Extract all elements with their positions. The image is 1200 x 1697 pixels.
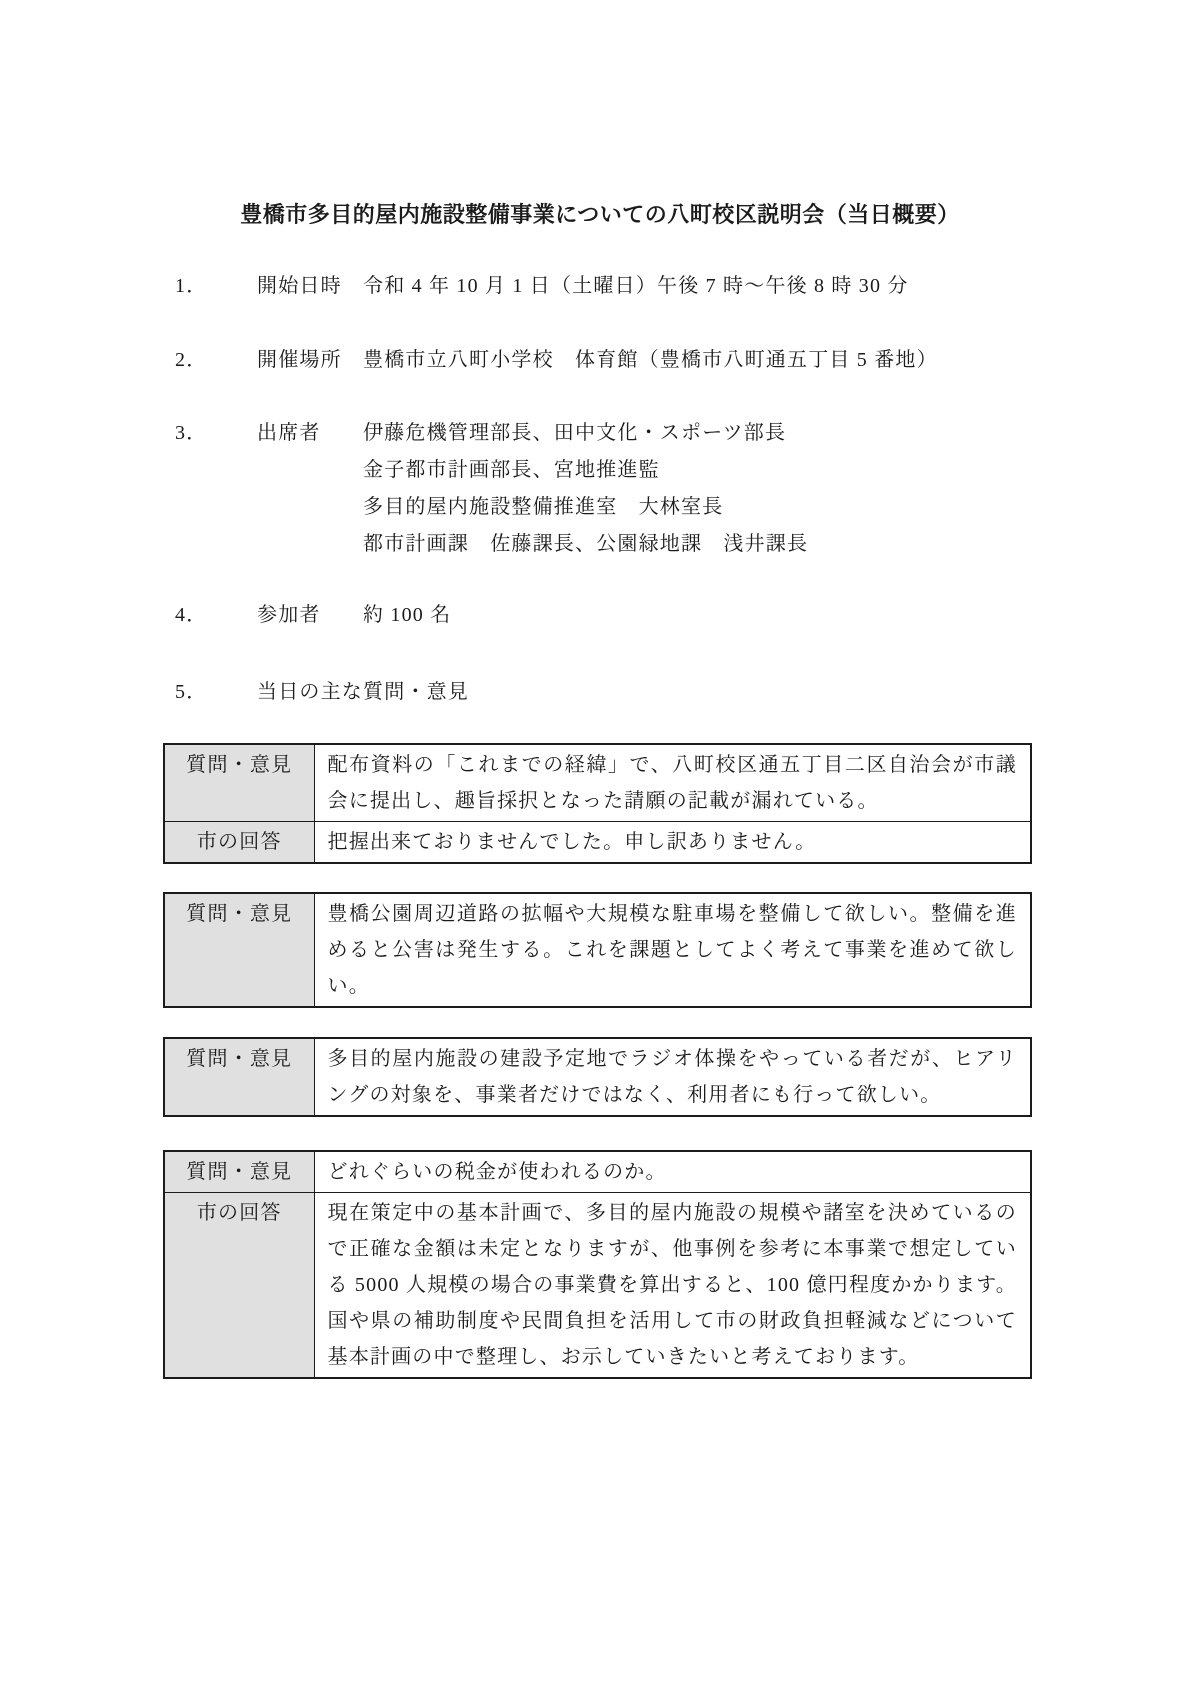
- qa-row-question: 質問・意見 多目的屋内施設の建設予定地でラジオ体操をやっている者だが、ヒアリング…: [164, 1038, 1031, 1116]
- item-questions-heading: 5． 当日の主な質問・意見: [175, 674, 363, 711]
- item-label: 開催場所: [257, 342, 363, 379]
- qa-row-label: 市の回答: [164, 822, 314, 864]
- qa-row-text: 現在策定中の基本計画で、多目的屋内施設の規模や諸室を決めているので正確な金額は未…: [314, 1193, 1031, 1379]
- qa-row-question: 質問・意見 どれぐらいの税金が使われるのか。: [164, 1151, 1031, 1193]
- qa-row-label: 質問・意見: [164, 1151, 314, 1193]
- item-value-line: 豊橋市立八町小学校 体育館（豊橋市八町通五丁目 5 番地）: [363, 342, 938, 379]
- item-label: 開始日時: [257, 268, 363, 305]
- qa-table-3: 質問・意見 多目的屋内施設の建設予定地でラジオ体操をやっている者だが、ヒアリング…: [163, 1037, 1032, 1117]
- qa-row-label: 質問・意見: [164, 744, 314, 822]
- qa-row-question: 質問・意見 配布資料の「これまでの経緯」で、八町校区通五丁目二区自治会が市議会に…: [164, 744, 1031, 822]
- qa-row-text: 豊橋公園周辺道路の拡幅や大規模な駐車場を整備して欲しい。整備を進めると公害は発生…: [314, 893, 1031, 1007]
- document-page: 豊橋市多目的屋内施設整備事業についての八町校区説明会（当日概要） 1． 開始日時…: [0, 0, 1200, 1697]
- item-value-line: 金子都市計画部長、宮地推進監: [363, 452, 808, 489]
- qa-table-4: 質問・意見 どれぐらいの税金が使われるのか。 市の回答 現在策定中の基本計画で、…: [163, 1150, 1032, 1379]
- item-attendees: 3． 出席者 伊藤危機管理部長、田中文化・スポーツ部長 金子都市計画部長、宮地推…: [175, 415, 808, 563]
- qa-row-text: 多目的屋内施設の建設予定地でラジオ体操をやっている者だが、ヒアリングの対象を、事…: [314, 1038, 1031, 1116]
- item-value: 令和 4 年 10 月 1 日（土曜日）午後 7 時～午後 8 時 30 分: [363, 268, 909, 305]
- item-value: 約 100 名: [363, 597, 451, 634]
- item-value-line: 伊藤危機管理部長、田中文化・スポーツ部長: [363, 415, 808, 452]
- qa-row-question: 質問・意見 豊橋公園周辺道路の拡幅や大規模な駐車場を整備して欲しい。整備を進める…: [164, 893, 1031, 1007]
- item-value-line: 都市計画課 佐藤課長、公園緑地課 浅井課長: [363, 526, 808, 563]
- item-participants: 4． 参加者 約 100 名: [175, 597, 451, 634]
- item-number: 5．: [175, 674, 257, 711]
- qa-row-label: 市の回答: [164, 1193, 314, 1379]
- item-number: 2．: [175, 342, 257, 379]
- item-value-line: 約 100 名: [363, 597, 451, 634]
- item-start-datetime: 1． 開始日時 令和 4 年 10 月 1 日（土曜日）午後 7 時～午後 8 …: [175, 268, 909, 305]
- qa-row-answer: 市の回答 現在策定中の基本計画で、多目的屋内施設の規模や諸室を決めているので正確…: [164, 1193, 1031, 1379]
- item-value-line: 令和 4 年 10 月 1 日（土曜日）午後 7 時～午後 8 時 30 分: [363, 268, 909, 305]
- item-number: 3．: [175, 415, 257, 452]
- qa-row-text: 把握出来ておりませんでした。申し訳ありません。: [314, 822, 1031, 864]
- item-venue: 2． 開催場所 豊橋市立八町小学校 体育館（豊橋市八町通五丁目 5 番地）: [175, 342, 938, 379]
- qa-row-answer: 市の回答 把握出来ておりませんでした。申し訳ありません。: [164, 822, 1031, 864]
- qa-table-1: 質問・意見 配布資料の「これまでの経緯」で、八町校区通五丁目二区自治会が市議会に…: [163, 743, 1032, 864]
- page-title: 豊橋市多目的屋内施設整備事業についての八町校区説明会（当日概要）: [0, 200, 1200, 230]
- qa-row-label: 質問・意見: [164, 1038, 314, 1116]
- qa-table-2: 質問・意見 豊橋公園周辺道路の拡幅や大規模な駐車場を整備して欲しい。整備を進める…: [163, 892, 1032, 1008]
- item-value: 豊橋市立八町小学校 体育館（豊橋市八町通五丁目 5 番地）: [363, 342, 938, 379]
- item-value-line: 多目的屋内施設整備推進室 大林室長: [363, 489, 808, 526]
- qa-row-text: どれぐらいの税金が使われるのか。: [314, 1151, 1031, 1193]
- item-number: 1．: [175, 268, 257, 305]
- item-value: 伊藤危機管理部長、田中文化・スポーツ部長 金子都市計画部長、宮地推進監 多目的屋…: [363, 415, 808, 563]
- item-label: 出席者: [257, 415, 363, 452]
- item-number: 4．: [175, 597, 257, 634]
- item-label: 当日の主な質問・意見: [257, 674, 363, 711]
- item-label: 参加者: [257, 597, 363, 634]
- qa-row-text: 配布資料の「これまでの経緯」で、八町校区通五丁目二区自治会が市議会に提出し、趣旨…: [314, 744, 1031, 822]
- qa-row-label: 質問・意見: [164, 893, 314, 1007]
